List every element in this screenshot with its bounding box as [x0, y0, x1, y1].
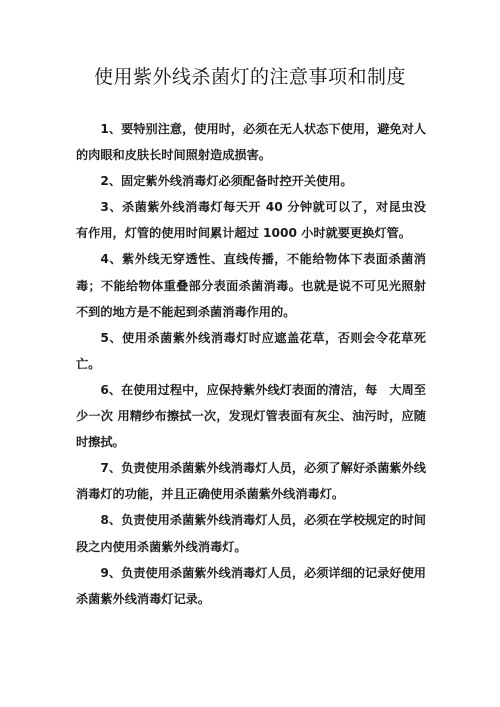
paragraph-2: 2、固定紫外线消毒灯必须配备时控开关使用。 — [76, 168, 426, 194]
paragraph-3: 3、杀菌紫外线消毒灯每天开 40 分钟就可以了，对昆虫没有作用，灯管的使用时间累… — [76, 194, 426, 246]
document-body: 1、要特别注意，使用时，必须在无人状态下使用，避免对人的肉眼和皮肤长时间照射造成… — [76, 116, 426, 612]
paragraph-9: 9、负责使用杀菌紫外线消毒灯人员，必须详细的记录好使用杀菌紫外线消毒灯记录。 — [76, 560, 426, 612]
paragraph-1: 1、要特别注意，使用时，必须在无人状态下使用，避免对人的肉眼和皮肤长时间照射造成… — [76, 116, 426, 168]
document-page: 使用紫外线杀菌灯的注意事项和制度 1、要特别注意，使用时，必须在无人状态下使用，… — [0, 0, 500, 707]
paragraph-4: 4、紫外线无穿透性、直线传播，不能给物体下表面杀菌消毒；不能给物体重叠部分表面杀… — [76, 246, 426, 324]
paragraph-6: 6、在使用过程中，应保持紫外线灯表面的清洁，每 大周至少一次 用精纱布擦拭一次，… — [76, 377, 426, 455]
document-title: 使用紫外线杀菌灯的注意事项和制度 — [0, 62, 500, 89]
paragraph-7: 7、负责使用杀菌紫外线消毒灯人员，必须了解好杀菌紫外线消毒灯的功能，并且正确使用… — [76, 455, 426, 507]
paragraph-8: 8、负责使用杀菌紫外线消毒灯人员，必须在学校规定的时间段之内使用杀菌紫外线消毒灯… — [76, 507, 426, 559]
paragraph-5: 5、使用杀菌紫外线消毒灯时应遮盖花草，否则会令花草死亡。 — [76, 325, 426, 377]
